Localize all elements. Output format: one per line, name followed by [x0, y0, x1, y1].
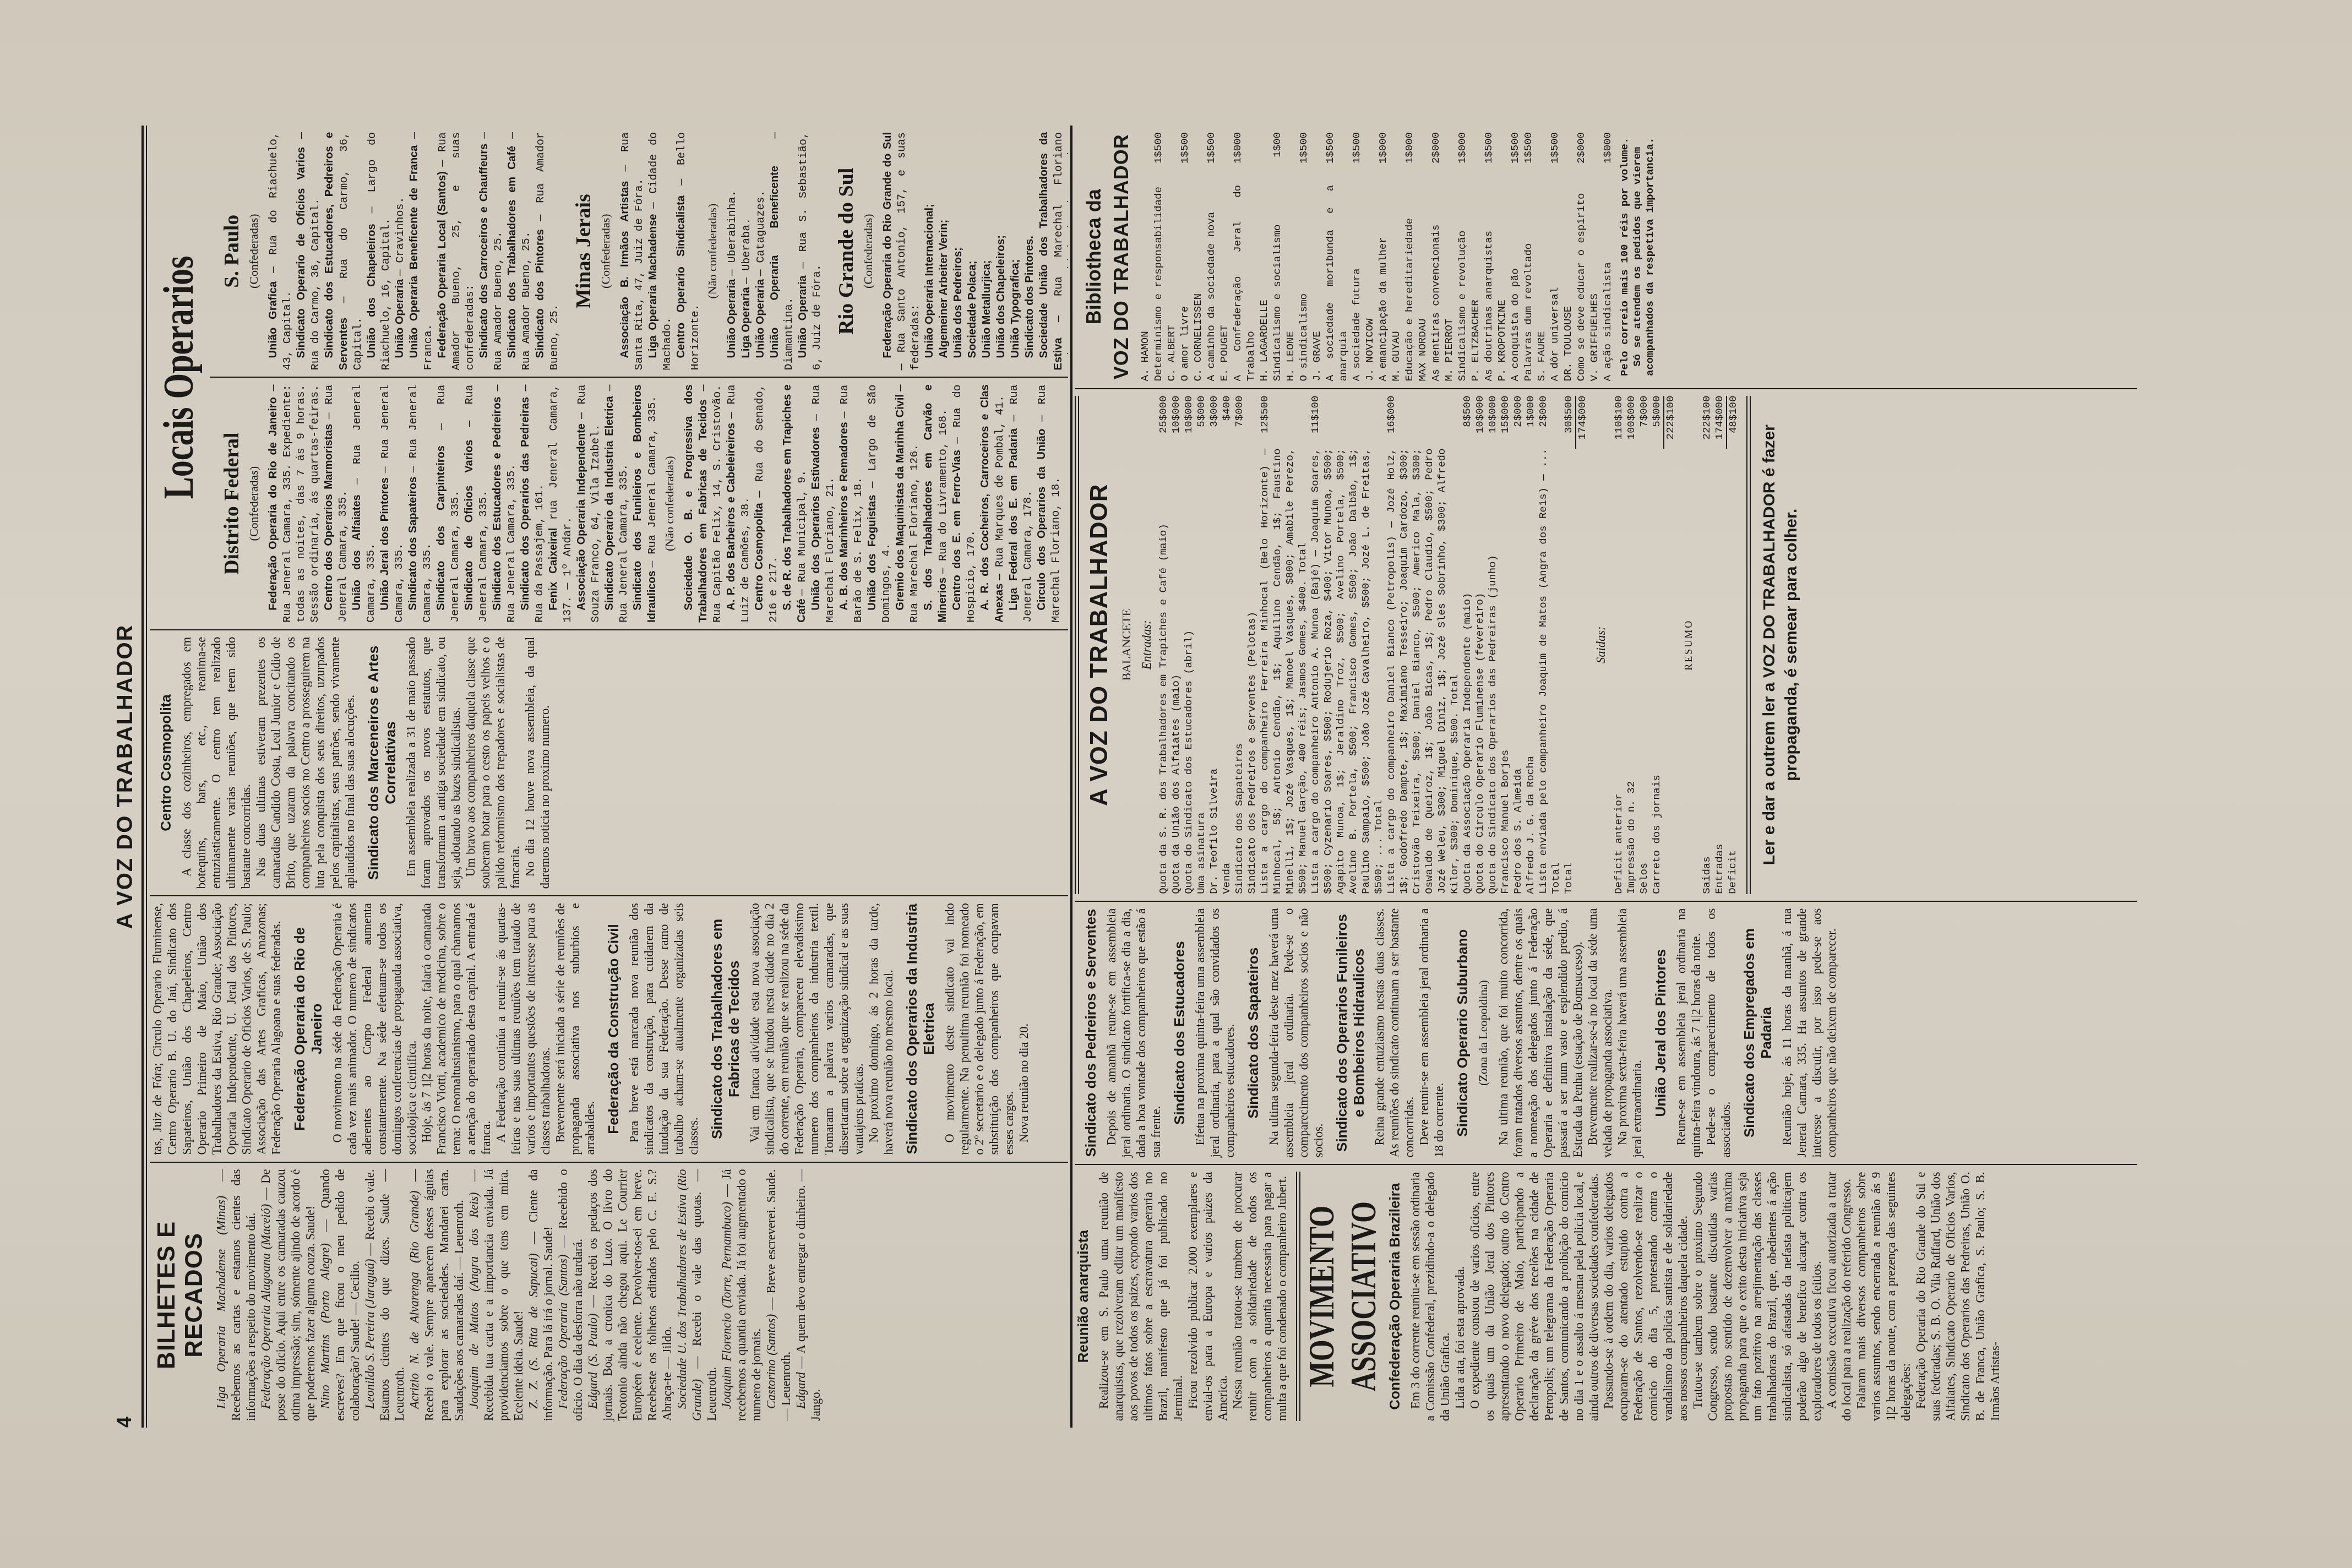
- org-name: Federação Operaria do Rio de Janeiro: [267, 391, 279, 610]
- bibliotheca-title: Bibliotheca da: [1082, 132, 1106, 382]
- org-name: Liga Operaria Machadense: [647, 209, 659, 358]
- funileiros-title: Sindicato dos Operarios Funileiros e Bom…: [1333, 908, 1368, 1158]
- paragraph: Deve reunir-se em assembleia jeral ordin…: [1417, 908, 1446, 1158]
- book-price: 1$000: [1456, 132, 1469, 185]
- entrada-row: Sindicato dos Pedreiros e Serventes (Pel…: [1246, 396, 1259, 894]
- bibliotheca-subtitle: VOZ DO TRABALHADOR: [1110, 132, 1133, 382]
- entrada-row: Quota da S. R. dos Trabalhadores em Trap…: [1157, 396, 1170, 894]
- locais-entry: Liga Federal dos E. em Padaria — Rua Jen…: [1007, 384, 1035, 622]
- entry-value: 12$500: [1259, 396, 1309, 449]
- entry-desc: Selos: [1638, 449, 1651, 894]
- entry-value: 174$000: [1713, 396, 1726, 449]
- entry-desc: Venda: [1221, 449, 1233, 894]
- paragraph: O expediente constou de varios oficios, …: [1467, 1172, 1601, 1421]
- book-row: Sindicalismo e revolução1$000: [1456, 132, 1469, 382]
- bilhete-item: Nino Martins (Porto Alegre) — Quando esc…: [318, 1169, 362, 1421]
- org-name: Sociedade Polaca;: [966, 261, 978, 358]
- books-table: A. HAMONDeterminismo e responsabilidade1…: [1139, 132, 1614, 382]
- org-name: Sindicato dos Estucadores e Pedreiros: [491, 391, 503, 610]
- entrada-row: Venda$400: [1221, 396, 1233, 894]
- book-row: O amor livre1$500: [1178, 132, 1191, 382]
- resumo-row: Saidas222$100: [1701, 396, 1713, 894]
- bilhete-item: Castorino (Santos) — Breve escreverei. S…: [764, 1169, 793, 1421]
- bilhete-item: Joaquim Florencio (Torre, Pernambuco) — …: [719, 1169, 764, 1421]
- book-row: As mentiras convencionais2$000: [1429, 132, 1442, 382]
- entry-value: $400: [1221, 396, 1233, 449]
- paragraph: Brevemente será iniciada a série de reun…: [553, 903, 597, 1155]
- book-author: MAX NORDAU: [1416, 132, 1429, 382]
- entry-value: 10$000: [1487, 396, 1499, 449]
- masthead: 4 A VOZ DO TRABALHADOR: [113, 126, 139, 1428]
- saidas-total-table: 222$100: [1663, 396, 1677, 894]
- locais-entry: Circulo dos Operarios da União — Rua Mar…: [1035, 384, 1063, 622]
- locais-entry: Liga Operaria Machadense — Cidade do Mac…: [646, 132, 674, 370]
- org-name: Liga Federal dos E. em Padaria: [1008, 421, 1020, 610]
- bilhete-recipient: Joaquim de Matos (Angra dos Reis): [467, 1182, 481, 1409]
- author-row: V. GRIFFUELHES: [1588, 132, 1601, 382]
- bilhete-item: Z. Z. (S. Rita de Sapucai) — Ciente da i…: [526, 1169, 556, 1421]
- locais-entry: A. P. dos Barbeiros e Cabeleireiros — Ru…: [725, 384, 753, 622]
- author-row: J. NOVICOW: [1363, 132, 1376, 382]
- saidas-table: Deficit anterior110$100Impressão do n. 3…: [1613, 396, 1663, 894]
- book-row: A sociedade futura1$500: [1350, 132, 1363, 382]
- entry-desc: Entradas: [1713, 449, 1726, 894]
- book-author: M. PIERROT: [1442, 132, 1456, 382]
- bilhete-recipient: Edgard: [794, 1369, 808, 1409]
- org-name: União dos Pedreiros;: [952, 247, 964, 358]
- author-row: C. CORNELISSEN: [1191, 132, 1205, 382]
- entry-value: 10$000: [1474, 396, 1487, 449]
- paragraph: Um bravo aos companheiros daquela classe…: [463, 637, 522, 889]
- paragraph: Federação Operaria do Rio Grande do Sul …: [1913, 1172, 2002, 1421]
- author-row: H. LAGARDELLE: [1257, 132, 1271, 382]
- org-name: União dos Foguistas: [866, 488, 878, 610]
- book-title: A conquista do pão: [1509, 185, 1522, 382]
- locais-col-b: S. Paulo(Confederadas)União Grafica — Ru…: [210, 126, 1068, 377]
- column-bibliotheca: Bibliotheca da VOZ DO TRABALHADOR A. HAM…: [1075, 126, 2137, 388]
- entry-desc: Dr. Teofilo Silveira: [1208, 449, 1221, 894]
- locais-entry: Centro dos Operarios Marmoristas — Rua J…: [322, 384, 350, 622]
- entrada-row: Total30$500: [1562, 396, 1575, 894]
- book-author: C. CORNELISSEN: [1191, 132, 1205, 382]
- locais-entry: Sindicato dos Sapateiros — Rua Jeneral C…: [406, 384, 434, 622]
- bilhete-item: Leonildo S. Pereira (Jaraguá) — Recebi o…: [362, 1169, 407, 1421]
- book-row: A conquista do pão1$500: [1509, 132, 1522, 382]
- entry-desc: Quota do Circulo Operario Fluminense (fe…: [1474, 449, 1487, 894]
- masthead-rule: [141, 126, 147, 1428]
- entry-value: 110$100: [1613, 396, 1625, 449]
- entradas-total: 174$000: [1576, 396, 1589, 449]
- reuniao-title: Reunião anarquista: [1075, 1172, 1092, 1421]
- book-author: H. LAGARDELLE: [1257, 132, 1271, 382]
- book-title: As doutrinas anarquistas: [1482, 185, 1495, 382]
- paragraph: Em 3 do corrente reuniu-se em sessão ord…: [1408, 1172, 1452, 1421]
- org-name: Centro Cosmopolita: [753, 497, 765, 610]
- entrada-row: Francisco Manuel Borjes15$000: [1499, 396, 1512, 894]
- paragraph: Nova reunião no dia 20.: [1016, 903, 1031, 1155]
- org-name: Sindicato Operario da Industria Eletrica: [603, 391, 616, 610]
- locais-entry: Sociedade Polaca;: [966, 132, 980, 370]
- org-name: Associação B. Irmãos Artistas: [619, 172, 631, 358]
- book-author: J. NOVICOW: [1363, 132, 1376, 382]
- locais-entry: União Operaria Beneficente — Diamantina.: [768, 132, 796, 370]
- org-name: Federação Operaria Local (Santos): [436, 167, 448, 358]
- book-title: A dôr universal: [1548, 185, 1561, 382]
- locais-entry: União Jeral dos Pintores — Rua Jeneral C…: [378, 384, 406, 622]
- paragraph: Passando-se á ordem do dia, varios deleg…: [1601, 1172, 1690, 1421]
- paragraph: Nessa reunião tratou-se tambem de procur…: [1230, 1172, 1289, 1421]
- book-title: A caminho da sociedade nova: [1205, 185, 1218, 382]
- locais-entry: União dos Operarios Estivadores — Rua Ma…: [809, 384, 837, 622]
- locais-columns: Distrito Federal(Confederadas)Federação …: [210, 126, 1068, 629]
- suburbano-subtitle: (Zona da Leopoldina): [1476, 908, 1490, 1158]
- deficit-label: Deficit: [1727, 449, 1740, 894]
- locais-entry: União Operaria — Cataguazes.: [754, 132, 768, 370]
- org-name: Algemeiner Arbeiter Verin;: [938, 220, 950, 358]
- locais-entry: Liga Operaria — Uberaba.: [739, 132, 754, 370]
- balancete-subtitle: BALANCETE: [1119, 396, 1134, 894]
- entry-value: 30$500: [1562, 396, 1575, 449]
- entry-value: 5$000: [1651, 396, 1663, 449]
- org-name: União dos Operarios Estivadores: [810, 421, 822, 611]
- saidas-total: 222$100: [1664, 396, 1677, 449]
- entrada-row: Lista a cargo do companheiro Daniel Bian…: [1385, 396, 1461, 894]
- org-name: União Jeral dos Pintores: [379, 473, 391, 611]
- paragraph: Ficou rezolvido publicar 2.000 exemplare…: [1185, 1172, 1230, 1421]
- divider: [1746, 396, 1751, 894]
- locais-col-a: Distrito Federal(Confederadas)Federação …: [210, 377, 1068, 629]
- paragraph: Realizou-se em S. Paulo uma reunião de a…: [1096, 1172, 1185, 1421]
- book-author: DR. TOULOUSE: [1561, 132, 1575, 382]
- org-name: União dos Chapeleiros;: [995, 235, 1007, 358]
- org-name: União Operaria: [394, 276, 406, 358]
- locais-entry: Sindicato dos Funileiros e Bombeiros Idr…: [631, 384, 660, 622]
- construcao-text: Para breve está marcada nova reunião dos…: [627, 903, 701, 1155]
- entradas-label: Entradas:: [1139, 396, 1154, 894]
- locais-entry: União dos Chapeleiros — Largo do Riachue…: [365, 132, 393, 370]
- book-title: O sindicalismo: [1297, 185, 1310, 382]
- entry-desc: Quota da União dos Alfaiates (maio): [1170, 449, 1183, 894]
- book-title: O amor livre: [1178, 185, 1191, 382]
- paragraph: Nas duas ultimas estiveram prezentes os …: [253, 637, 357, 889]
- entrada-row: Lista a cargo do companheiro Ferreira Mi…: [1259, 396, 1309, 894]
- resumo-table: Saidas222$100Entradas174$000: [1701, 396, 1726, 894]
- pintores-title: União Jeral dos Pintores: [1652, 908, 1669, 1158]
- org-name: Centro dos Operarios Marmoristas: [323, 419, 335, 610]
- entry-desc: Pedro dos S. Almeida: [1512, 449, 1525, 894]
- suburbano-title: Sindicato Operario Suburbano: [1454, 908, 1471, 1158]
- org-name: Sindicato Operario de Oficios Varios: [295, 139, 307, 358]
- book-title: A Confederação Jeral do Trabalho: [1231, 185, 1257, 382]
- book-price: 1$500: [1548, 132, 1561, 185]
- estucadores-text: Efetua na proxima quinta-feira uma assem…: [1193, 908, 1237, 1158]
- confederacao-body: Em 3 do corrente reuniu-se em sessão ord…: [1408, 1172, 2002, 1421]
- entry-desc: Lista a cargo do companheiro Ferreira Mi…: [1259, 449, 1309, 894]
- author-row: DR. TOULOUSE: [1561, 132, 1575, 382]
- book-price: 1$500: [1178, 132, 1191, 185]
- construcao-title: Federação da Construção Civil: [605, 903, 622, 1155]
- locais-entry: Associação B. Irmãos Artistas — Rua Sant…: [618, 132, 646, 370]
- state-heading: Distrito Federal: [220, 384, 244, 622]
- saida-row: Carreto dos jornais5$000: [1651, 396, 1663, 894]
- bilhete-item: Liga Operaria Machadense (Minas) — Receb…: [214, 1169, 258, 1421]
- confederation-status: (Não confederadas): [705, 132, 720, 370]
- entrada-row: Sindicato dos Sapateiros7$000: [1233, 396, 1246, 894]
- author-row: M. PIERROT: [1442, 132, 1456, 382]
- book-price: 2$000: [1575, 132, 1588, 185]
- org-name: Sociedade O. B. e Progressiva dos Trabal…: [683, 384, 709, 622]
- entry-value: 1$000: [1525, 396, 1537, 449]
- book-row: A caminho da sociedade nova1$500: [1205, 132, 1218, 382]
- tecidos-body: Vai em franca atividade esta nova associ…: [747, 903, 896, 1155]
- author-row: MAX NORDAU: [1416, 132, 1429, 382]
- bilhete-item: Acrizio N. de Alvarenga (Rio Grande) — R…: [407, 1169, 466, 1421]
- locais-title: Locais Operarios: [154, 126, 204, 629]
- org-name: União Grafica: [267, 273, 279, 358]
- author-row: M. GUYAU: [1390, 132, 1403, 382]
- entrada-row: Uma asinatura5$000: [1195, 396, 1208, 894]
- org-name: União Operaria: [726, 276, 738, 358]
- locais-entry: S. de R. dos Trabalhadores em Trapiches …: [781, 384, 809, 622]
- author-row: H. LEONE: [1284, 132, 1297, 382]
- org-name: Centro Operario Sindicalista: [675, 186, 687, 358]
- entry-desc: Impressão do n. 32: [1625, 449, 1638, 894]
- bilhete-item: Edgard (S. Paulo) — Recebi os pedaços do…: [585, 1169, 674, 1421]
- locais-entry: União Operaria Beneficente de Franca — F…: [407, 132, 435, 370]
- entry-value: 3$000: [1208, 396, 1221, 449]
- org-name: União Operaria: [754, 276, 766, 358]
- locais-entry: Sindicato dos Carpinteiros — Rua Jeneral…: [434, 384, 462, 622]
- entrada-row: Lista a cargo do companheiro Antonio A. …: [1309, 396, 1385, 894]
- eletrica-title: Sindicato dos Operarios da Industria Ele…: [903, 903, 938, 1155]
- book-title: As mentiras convencionais: [1429, 185, 1442, 382]
- locais-entry: Algemeiner Arbeiter Verin;: [937, 132, 951, 370]
- entradas-table: Quota da S. R. dos Trabalhadores em Trap…: [1157, 396, 1575, 894]
- org-name: A. P. dos Barbeiros e Cabeleireiros: [725, 418, 737, 610]
- author-row: E. POUGET: [1218, 132, 1231, 382]
- entrada-row: Dr. Teofilo Silveira3$000: [1208, 396, 1221, 894]
- entry-desc: Quota da S. R. dos Trabalhadores em Trap…: [1157, 449, 1170, 894]
- book-row: A dôr universal1$500: [1548, 132, 1561, 382]
- entradas-total-table: 174$000: [1575, 396, 1589, 894]
- org-name: Associação Operaria Independente: [575, 419, 587, 611]
- entry-value: 8$500: [1461, 396, 1474, 449]
- paragraph: Hoje, ás 7 1|2 horas da noite, falará o …: [419, 903, 493, 1155]
- book-price: 1$500: [1509, 132, 1522, 185]
- entrada-row: Quota da Associação Operaria Independent…: [1461, 396, 1474, 894]
- author-row: P. KROPOTKINE: [1495, 132, 1509, 382]
- org-name: União dos Alfaiates: [351, 484, 363, 611]
- book-author: C. ALBERT: [1165, 132, 1178, 382]
- slogan: Ler e dar a outrem ler a VOZ DO TRABALHA…: [1758, 396, 1803, 894]
- eletrica-body: O movimento deste sindicato vai indo reg…: [942, 903, 1031, 1155]
- org-address: — Uberabinha.: [726, 190, 739, 276]
- book-row: Como se deve educar o espirito2$000: [1575, 132, 1588, 382]
- org-name: Gremio dos Maquinistas da Marinha Civil: [894, 391, 906, 610]
- state-heading: Rio Grande do Sul: [834, 132, 858, 370]
- entry-value: 11$100: [1309, 396, 1385, 449]
- column-sindicatos: Sindicato dos Pedreiros e Serventes Depo…: [1075, 901, 2137, 1164]
- org-name: Liga Operaria: [740, 284, 752, 358]
- entry-value: 100$000: [1625, 396, 1638, 449]
- cosmopolita-title: Centro Cosmopolita: [157, 637, 175, 889]
- locais-entry: União dos Alfaiates — Rua Jeneral Camara…: [350, 384, 378, 622]
- resumo-label: RESUMO: [1681, 396, 1696, 894]
- org-address: — Cravinhos.: [394, 197, 407, 276]
- locais-entry: União Metallurjica;: [980, 132, 994, 370]
- entry-desc: Sindicato dos Pedreiros e Serventes (Pel…: [1246, 449, 1259, 894]
- org-name: Sindicato dos Pintores.: [1023, 236, 1036, 358]
- book-author: E. POUGET: [1218, 132, 1231, 382]
- locais-entry: Associação Operaria Independente — Rua S…: [575, 384, 603, 622]
- confederation-status: (Confederadas): [861, 132, 875, 370]
- org-name: Sindicato dos Pintores: [534, 221, 546, 358]
- column-bilhetes: BILHETES E RECADOS Liga Operaria Machade…: [150, 1162, 1068, 1428]
- locais-entry: Sindicato Operario da Industria Eletrica…: [603, 384, 631, 622]
- locais-entry: A. R. dos Cocheiros, Carroceiros e Clas …: [978, 384, 1007, 622]
- entry-value: [1246, 396, 1259, 449]
- entry-desc: Alfredo J. G. da Rocha: [1525, 449, 1537, 894]
- bilhete-recipient: Nino Martins (Porto Alegre): [318, 1232, 332, 1409]
- org-address: — Cataguazes.: [755, 190, 767, 276]
- locais-entry: Fenix Caixeiral rua Jeneral Camara, 137.…: [547, 384, 575, 622]
- author-row: A. HAMON: [1139, 132, 1152, 382]
- book-price: 1$000: [1601, 132, 1614, 185]
- column-movimento: Reunião anarquista Realizou-se em S. Pau…: [1075, 1164, 2137, 1428]
- book-row: Educação e hereditariedade1$000: [1403, 132, 1416, 382]
- book-author: J. GRAVE: [1310, 132, 1324, 382]
- entry-desc: Carreto dos jornais: [1651, 449, 1663, 894]
- confederacao-title: Confederação Operaria Brazileira: [1386, 1172, 1403, 1421]
- entrada-row: Quota do Sindicato dos Estucadores (abri…: [1183, 396, 1195, 894]
- author-row: P. ELTZBACHER: [1469, 132, 1482, 382]
- org-address: — Rua Marques de Pombal, 41.: [994, 395, 1006, 580]
- book-title: A sociedade futura: [1350, 185, 1363, 382]
- entry-desc: Quota do Sindicato dos Operarios das Ped…: [1487, 449, 1499, 894]
- entrada-row: Quota do Sindicato dos Operarios das Ped…: [1487, 396, 1499, 894]
- paragraph: Na proxima sexta-feira haverá uma assemb…: [1615, 908, 1645, 1158]
- saida-row: Impressão do n. 32100$000: [1625, 396, 1638, 894]
- org-address: — Uberaba.: [741, 218, 753, 284]
- cosmopolita-body: A classe dos cozinheiros, empregados em …: [179, 637, 357, 889]
- locais-entry: S. dos Trabalhadores em Carvão e Minerio…: [922, 384, 950, 622]
- org-address: — Rua Jeneral Camara, 335.: [646, 396, 659, 568]
- saida-row: Selos7$000: [1638, 396, 1651, 894]
- locais-entry: União Operaria — Rua S. Sebastião, 6, Ju…: [796, 132, 824, 370]
- paragraph: Vai em franca atividade esta nova associ…: [747, 903, 866, 1155]
- deficit-table: Deficit48$100: [1726, 396, 1740, 894]
- paragraph: No proximo domingo, ás 2 horas da tarde,…: [866, 903, 896, 1155]
- entrada-row: Quota do Circulo Operario Fluminense (fe…: [1474, 396, 1487, 894]
- book-row: A sociedade moribunda e a anarquia1$500: [1324, 132, 1350, 382]
- paragraph: No dia 12 houve nova assembleia, da qual…: [522, 637, 552, 889]
- book-title: Como se deve educar o espirito: [1575, 185, 1588, 382]
- deficit-value: 48$100: [1727, 396, 1740, 449]
- divider: [1296, 1172, 1300, 1421]
- book-title: A ação sindicalista: [1601, 185, 1614, 382]
- entry-desc: Quota da Associação Operaria Independent…: [1461, 449, 1474, 894]
- book-price: 1$500: [1522, 132, 1535, 185]
- author-row: C. ALBERT: [1165, 132, 1178, 382]
- column-federacao-rio: tas, Juiz de Fóra; Circulo Operario Flum…: [150, 895, 1068, 1161]
- paragraph: Tratou-se tambem sobre o proximo Segundo…: [1690, 1172, 1824, 1421]
- bilhete-item: Joaquim de Matos (Angra dos Reis) — Rece…: [466, 1169, 526, 1421]
- entry-desc: Quota do Sindicato dos Estucadores (abri…: [1183, 449, 1195, 894]
- locais-entry: Sindicato Operario de Oficios Varios — R…: [295, 132, 323, 370]
- locais-entry: União Grafica — Rua do Riachuelo, 43, Ca…: [266, 132, 295, 370]
- entry-value: 7$000: [1638, 396, 1651, 449]
- newspaper-title: A VOZ DO TRABALHADOR: [113, 126, 138, 1428]
- entry-value: 222$100: [1701, 396, 1713, 449]
- book-row: Determinismo e responsabilidade1$500: [1152, 132, 1165, 382]
- marceneiros-body: Em assembleia realizada a 31 de maio pas…: [404, 637, 552, 889]
- book-row: As doutrinas anarquistas1$500: [1482, 132, 1495, 382]
- org-name: União Operaria Beneficente de Franca: [408, 139, 420, 358]
- saidas-label: Saidas:: [1593, 396, 1608, 894]
- book-row: Palavras dum revoltado1$500: [1522, 132, 1535, 382]
- book-row: A Confederação Jeral do Trabalho1$000: [1231, 132, 1257, 382]
- org-name: Sindicato dos Carroceiros e Chauffeurs: [478, 139, 490, 358]
- confederation-status: (Confederadas): [598, 132, 613, 370]
- author-row: S. FAURE: [1535, 132, 1548, 382]
- entry-desc: Lista a cargo do companheiro Daniel Bian…: [1385, 449, 1461, 894]
- locais-entry: Sindicato dos Estucadores e Pedreiros — …: [491, 384, 519, 622]
- book-title: Educação e hereditariedade: [1403, 185, 1416, 382]
- locais-entry: Centro Operario Sindicalista — Bello Hor…: [674, 132, 703, 370]
- pedreiros-title: Sindicato dos Pedreiros e Serventes: [1082, 908, 1099, 1158]
- tecidos-title: Sindicato dos Trabalhadores em Fabricas …: [709, 903, 743, 1155]
- paragraph: O movimento deste sindicato vai indo reg…: [942, 903, 1016, 1155]
- locais-entry: Sindicato de Oficios Varios — Rua Jenera…: [462, 384, 491, 622]
- locais-entry: União Operaria — Cravinhos.: [393, 132, 407, 370]
- sapateiros-text: Na ultima segunda-feira deste mez haverá…: [1266, 908, 1326, 1158]
- locais-entry: União dos Chapeleiros;: [994, 132, 1009, 370]
- locais-entry: Sindicato dos Carroceiros e Chauffeurs —…: [477, 132, 505, 370]
- org-name: Centro dos E. em Ferro-Vias: [951, 444, 963, 611]
- state-heading: Minas Jerais: [571, 132, 596, 370]
- padaria-title: Sindicato dos Empregados em Padaria: [1741, 908, 1775, 1158]
- bilhetes-title: BILHETES E RECADOS: [153, 1169, 208, 1421]
- org-address: — Rua do Livramento, 168.: [937, 409, 950, 574]
- paragraph: Reune-se em assembleia jeral ordinaria n…: [1674, 908, 1703, 1158]
- confederation-status: (Não confederadas): [662, 384, 677, 622]
- locais-entry: União dos Foguistas — Largo de São Domin…: [865, 384, 894, 622]
- book-price: 1$00: [1271, 132, 1284, 185]
- locais-entry: Sindicato dos Estucadores, Pedreiros e S…: [323, 132, 365, 370]
- org-name: União Operaria Internacional;: [923, 204, 935, 358]
- entry-value: 10$000: [1183, 396, 1195, 449]
- locais-entry: União Operaria Internacional;: [923, 132, 937, 370]
- book-row: A emancipação da mulher1$000: [1376, 132, 1390, 382]
- paragraph: Na ultima reunião, que foi muito concorr…: [1496, 908, 1585, 1158]
- movimento-title: MOVIMENTO ASSOCIATIVO: [1301, 1172, 1384, 1421]
- book-price: 1$500: [1350, 132, 1363, 185]
- reuniao-body: Realizou-se em S. Paulo uma reunião de a…: [1096, 1172, 1289, 1421]
- entry-desc: Lista a cargo do companheiro Antonio A. …: [1309, 449, 1385, 894]
- entry-desc: Lista enviada pelo companheiro Joaquim d…: [1537, 449, 1562, 894]
- book-author: V. GRIFFUELHES: [1588, 132, 1601, 382]
- author-row: J. GRAVE: [1310, 132, 1324, 382]
- column-balancete: A VOZ DO TRABALHADOR BALANCETE Entradas:…: [1075, 388, 2137, 901]
- locais-entry: Centro dos E. em Ferro-Vias — Rua do Hos…: [950, 384, 978, 622]
- book-title: Sindicalismo e socialismo: [1271, 185, 1284, 382]
- book-price: 1$500: [1324, 132, 1350, 185]
- org-name: Sindicato dos Operarios das Pedreiras: [519, 391, 531, 610]
- entry-desc: Uma asinatura: [1195, 449, 1208, 894]
- book-row: A ação sindicalista1$000: [1601, 132, 1614, 382]
- book-author: H. LEONE: [1284, 132, 1297, 382]
- state-heading: S. Paulo: [220, 132, 244, 370]
